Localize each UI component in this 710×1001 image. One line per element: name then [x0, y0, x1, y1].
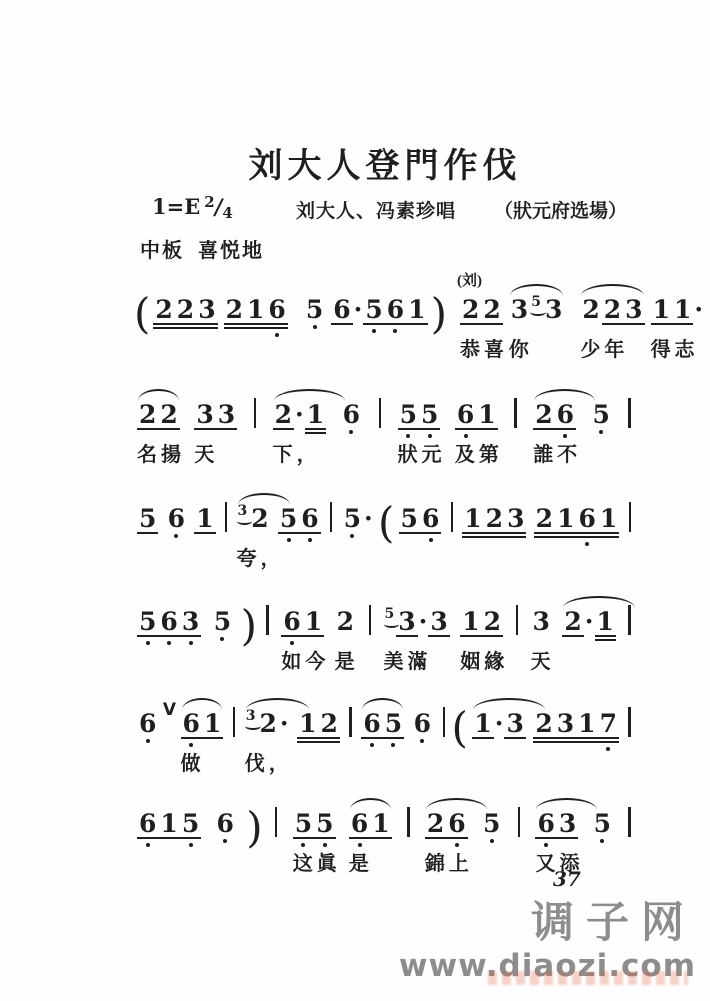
underline — [533, 737, 554, 739]
note: 2 — [482, 609, 503, 634]
close-paren: ) — [431, 298, 447, 330]
close-paren: ) — [241, 610, 257, 642]
note-group: 3天 — [530, 609, 553, 634]
barline — [407, 807, 410, 837]
note: 6 — [412, 711, 433, 736]
note: 2 — [484, 506, 505, 531]
lyric: 是 — [349, 847, 373, 876]
note: 6 — [331, 297, 352, 322]
underline — [266, 327, 287, 329]
underline — [305, 432, 326, 434]
underline — [398, 428, 419, 430]
underline — [194, 532, 215, 534]
underline — [472, 737, 493, 739]
note: 2 — [158, 402, 179, 427]
note: 6 — [281, 609, 302, 634]
underline — [555, 741, 576, 743]
lyric: 如今 — [281, 645, 329, 674]
lyric: 天 — [194, 438, 218, 467]
note-group: 5 — [590, 402, 613, 427]
octave-dot — [600, 839, 604, 843]
underline — [602, 323, 623, 325]
barline — [349, 707, 352, 737]
note-group: 2·1下， — [272, 402, 328, 427]
underline — [533, 741, 554, 743]
underline — [399, 532, 420, 534]
lyric: 誰不 — [533, 438, 581, 467]
note-group: 615 — [136, 811, 202, 836]
note: 3 — [504, 711, 525, 736]
note-group: 5 — [591, 811, 614, 836]
notation-row: 5635)61如今2是53·3美滿12姻緣3天2·1 — [134, 600, 636, 634]
note: 5 — [342, 506, 363, 531]
dot-after: · — [694, 297, 703, 322]
note: 3 — [216, 402, 237, 427]
note: 3 — [196, 297, 217, 322]
underline — [278, 532, 299, 534]
notation-row: (22321656·561)(刘)22恭喜353你223少年11·得志 — [134, 288, 636, 322]
underline — [576, 737, 597, 739]
meter-denominator: 4 — [222, 204, 232, 222]
note-group: 6 — [165, 506, 188, 531]
underline — [555, 532, 576, 534]
underline — [175, 327, 196, 329]
lyric: 美滿 — [384, 645, 432, 674]
lyric: 得志 — [651, 333, 699, 362]
barline — [254, 398, 257, 428]
music-system: (22321656·561)(刘)22恭喜353你223少年11·得志 — [134, 288, 636, 360]
underline — [623, 323, 644, 325]
underline — [314, 837, 335, 839]
note-group: 32夸， — [236, 506, 272, 531]
note-group: 2317 — [532, 711, 620, 736]
note: 1 — [245, 297, 266, 322]
underline — [363, 323, 384, 325]
underline — [651, 323, 672, 325]
note: 1 — [303, 609, 324, 634]
underline — [224, 323, 245, 325]
sheet-page: 刘大人登門作伐 1=E2/4 刘大人、冯素珍唱 （狀元府选場） 中板喜悦地 (2… — [0, 0, 710, 1001]
note-group: 22名揚 — [136, 402, 181, 427]
lyric: 下， — [273, 438, 321, 467]
faint-red-overlay — [488, 971, 688, 985]
underline — [331, 323, 352, 325]
underline — [137, 837, 158, 839]
open-paren: ( — [451, 712, 467, 744]
underline — [281, 635, 302, 637]
note: 5 — [137, 609, 158, 634]
barline — [379, 398, 382, 428]
open-paren: ( — [378, 507, 394, 539]
note-group: 6 — [136, 711, 159, 736]
barline — [330, 502, 333, 532]
octave-dot — [220, 637, 224, 641]
grace-note: 3 — [238, 503, 248, 519]
dot-after: · — [364, 506, 373, 531]
note: 1 — [472, 711, 493, 736]
note-group: 2161 — [533, 506, 621, 531]
note: 6 — [158, 609, 179, 634]
underline — [595, 639, 616, 641]
note: 2 — [534, 506, 555, 531]
note: 5 — [591, 402, 612, 427]
octave-dot — [370, 743, 374, 747]
barline — [514, 398, 517, 428]
note: 3 — [555, 711, 576, 736]
underline — [245, 323, 266, 325]
note: 6 — [349, 811, 370, 836]
underline — [319, 741, 340, 743]
octave-dot — [146, 641, 150, 645]
dot-after: · — [280, 711, 289, 736]
note: 5 — [304, 297, 325, 322]
dot-after: · — [495, 711, 504, 736]
underline — [137, 428, 158, 430]
breath-mark: V — [163, 700, 176, 720]
note: 2 — [175, 297, 196, 322]
note: 3 — [428, 609, 449, 634]
note-group: (刘)22恭喜 — [459, 297, 504, 322]
underline — [196, 327, 217, 329]
note: 3 — [543, 297, 564, 322]
octave-dot — [393, 329, 397, 333]
octave-dot — [223, 839, 227, 843]
note: 6 — [420, 506, 441, 531]
underline — [297, 741, 318, 743]
dot-after: · — [419, 609, 428, 634]
barline — [628, 707, 631, 737]
lyric: 你 — [509, 333, 533, 362]
lyric: 伐， — [245, 747, 293, 776]
underline — [428, 635, 449, 637]
note: 6 — [446, 811, 467, 836]
underline — [462, 532, 483, 534]
underline — [476, 428, 497, 430]
octave-dot — [372, 329, 376, 333]
note-group: 32·伐， — [244, 711, 291, 736]
note-group: 123 — [461, 506, 527, 531]
barline — [628, 605, 631, 635]
dot-after: · — [295, 402, 304, 427]
note: 6 — [137, 711, 158, 736]
underline — [202, 737, 223, 739]
underline — [420, 532, 441, 534]
underline — [137, 635, 158, 637]
underline — [216, 428, 237, 430]
underline — [535, 837, 556, 839]
note-group: 61是 — [348, 811, 393, 836]
underline — [484, 536, 505, 538]
note: 2 — [481, 297, 502, 322]
underline — [534, 536, 555, 538]
note-group: 56 — [277, 506, 322, 531]
lyric: 姻緣 — [460, 645, 508, 674]
underline — [598, 737, 619, 739]
underline — [137, 532, 158, 534]
notation-row: 6V61做32·伐，12656(1·32317 — [134, 702, 636, 736]
underline — [319, 737, 340, 739]
page-title: 刘大人登門作伐 — [150, 138, 620, 187]
octave-dot — [313, 325, 317, 329]
note: 1 — [476, 402, 497, 427]
note-group: 5 — [211, 609, 234, 634]
octave-dot — [167, 641, 171, 645]
note: 2 — [533, 711, 554, 736]
note: 2 — [602, 297, 623, 322]
lyric: 及第 — [455, 438, 503, 467]
notation-row: 22名揚33天2·1下，655狀元61及第26誰不5 — [134, 393, 636, 427]
note: 6 — [361, 711, 382, 736]
octave-dot — [275, 333, 279, 337]
lyric: 做 — [181, 747, 205, 776]
note: 6 — [455, 402, 476, 427]
underline — [383, 737, 404, 739]
note: 5 — [180, 811, 201, 836]
underline — [555, 737, 576, 739]
close-paren: ) — [246, 812, 262, 844]
music-system: 56132夸，565·(561232161 — [134, 497, 636, 569]
note-group: 216 — [223, 297, 289, 322]
note-group: 33天 — [193, 402, 238, 427]
note: 3 — [396, 609, 417, 634]
lyric: 錦上 — [425, 847, 473, 876]
octave-dot — [420, 739, 424, 743]
underline — [349, 837, 370, 839]
grace-note: 3 — [246, 708, 256, 724]
underline — [158, 837, 179, 839]
note: 2 — [319, 711, 340, 736]
underline — [555, 536, 576, 538]
note-group: 12姻緣 — [459, 609, 504, 634]
underline — [462, 536, 483, 538]
underline — [598, 741, 619, 743]
octave-dot — [599, 430, 603, 434]
underline — [505, 536, 526, 538]
underline — [293, 837, 314, 839]
barline — [443, 707, 446, 737]
barline — [628, 398, 631, 428]
octave-dot — [490, 839, 494, 843]
underline — [482, 635, 503, 637]
underline — [385, 323, 406, 325]
underline — [481, 323, 502, 325]
note: 2 — [249, 506, 270, 531]
barline — [629, 502, 632, 532]
barline — [225, 502, 228, 532]
note: 5 — [314, 811, 335, 836]
octave-dot — [189, 843, 193, 847]
underline — [303, 635, 324, 637]
note: 2 — [425, 811, 446, 836]
note: 1 — [576, 711, 597, 736]
note-group: 55狀元 — [397, 402, 442, 427]
note: 1 — [460, 609, 481, 634]
lyric: 恭喜 — [460, 333, 508, 362]
note: 1 — [194, 506, 215, 531]
underline — [460, 635, 481, 637]
note-group: 223 — [152, 297, 218, 322]
underline — [370, 837, 391, 839]
note: 6 — [299, 506, 320, 531]
underline — [557, 837, 578, 839]
octave-dot — [349, 430, 353, 434]
underline — [299, 532, 320, 534]
note: 1 — [651, 297, 672, 322]
note: 2 — [258, 711, 279, 736]
note: 2 — [580, 297, 601, 322]
note: 6 — [385, 297, 406, 322]
underline — [297, 737, 318, 739]
note: 2 — [533, 402, 554, 427]
note-group: 26錦上 — [424, 811, 469, 836]
lyric: 名揚 — [137, 438, 185, 467]
tempo-line: 中板喜悦地 — [140, 234, 264, 263]
octave-dot — [287, 538, 291, 542]
note: 5 — [293, 811, 314, 836]
underline — [504, 737, 525, 739]
meter-numerator: 2 — [204, 193, 214, 211]
underline — [158, 635, 179, 637]
barline — [518, 807, 521, 837]
barline — [233, 707, 236, 737]
note: 5 — [398, 402, 419, 427]
underline — [562, 635, 583, 637]
octave-dot — [391, 743, 395, 747]
note: 5 — [419, 402, 440, 427]
note: 5 — [137, 506, 158, 531]
lyric: 少年 — [580, 333, 628, 362]
note: 1 — [672, 297, 693, 322]
note-group: 5 — [136, 506, 159, 531]
underline — [598, 536, 619, 538]
barline — [628, 807, 631, 837]
note-group: 2是 — [334, 609, 357, 634]
open-paren: ( — [134, 298, 150, 330]
note: 3 — [505, 506, 526, 531]
barline — [275, 807, 278, 837]
octave-dot — [146, 739, 150, 743]
time-signature: 2/4 — [204, 193, 233, 222]
lyric: 是 — [335, 645, 359, 674]
underline — [175, 323, 196, 325]
underline — [555, 428, 576, 430]
note-group: 223少年 — [579, 297, 645, 322]
underline — [273, 428, 294, 430]
note-group: 2·1 — [561, 609, 617, 634]
underline — [396, 635, 417, 637]
underline — [505, 532, 526, 534]
note-group: 11·得志 — [650, 297, 706, 322]
note: 5 — [399, 506, 420, 531]
note: 1 — [595, 609, 616, 634]
underline — [305, 428, 326, 430]
octave-dot — [308, 538, 312, 542]
note: 2 — [460, 297, 481, 322]
underline — [194, 428, 215, 430]
notation-row: 56132夸，565·(561232161 — [134, 497, 636, 531]
key-label: 1=E — [152, 194, 200, 219]
octave-dot — [350, 534, 354, 538]
note: 1 — [305, 402, 326, 427]
note: 3 — [509, 297, 530, 322]
note: 1 — [598, 506, 619, 531]
note: 6 — [266, 297, 287, 322]
speaker-mark: (刘) — [457, 269, 482, 290]
music-system: 6V61做32·伐，12656(1·32317 — [134, 702, 636, 774]
underline — [153, 323, 174, 325]
underline — [361, 737, 382, 739]
note: 6 — [137, 811, 158, 836]
note-group: 56 — [398, 506, 443, 531]
note: 2 — [562, 609, 583, 634]
note: 3 — [623, 297, 644, 322]
octave-dot — [585, 542, 589, 546]
underline — [672, 323, 693, 325]
note-group: 61如今 — [280, 609, 325, 634]
octave-dot — [174, 534, 178, 538]
note: 6 — [166, 506, 187, 531]
note: 6 — [535, 811, 556, 836]
underline — [455, 428, 476, 430]
note-group: 26誰不 — [532, 402, 577, 427]
note: 5 — [278, 506, 299, 531]
note-group: 61及第 — [454, 402, 499, 427]
note-group: 61做 — [180, 711, 225, 736]
note-group: 5· — [341, 506, 375, 531]
note-group: 6 — [411, 711, 434, 736]
note: 2 — [273, 402, 294, 427]
underline — [598, 532, 619, 534]
note-group: 353你 — [508, 297, 566, 322]
note: 6 — [555, 402, 576, 427]
note: 3 — [180, 609, 201, 634]
barline — [266, 605, 269, 635]
note: 6 — [576, 506, 597, 531]
underline — [419, 428, 440, 430]
barline — [451, 502, 454, 532]
octave-dot — [606, 747, 610, 751]
note: 1 — [202, 711, 223, 736]
watermark: 调子网 www.diaozi.com — [399, 901, 696, 983]
dot-after: · — [585, 609, 594, 634]
barline — [516, 605, 519, 635]
note: 3 — [531, 609, 552, 634]
note-group: 563 — [136, 609, 202, 634]
note-group: 63又添 — [534, 811, 579, 836]
underline — [576, 536, 597, 538]
lyric: 夸， — [237, 542, 285, 571]
octave-dot — [146, 843, 150, 847]
underline — [245, 327, 266, 329]
underline — [533, 428, 554, 430]
note-group: 1 — [193, 506, 216, 531]
page-number: 37 — [553, 867, 581, 891]
note: 2 — [137, 402, 158, 427]
underline — [266, 323, 287, 325]
note: 5 — [212, 609, 233, 634]
note: 5 — [383, 711, 404, 736]
note: 3 — [557, 811, 578, 836]
underline — [460, 323, 481, 325]
note-group: 5 — [303, 297, 326, 322]
music-system: 6156)55这眞61是26錦上563又添5 — [134, 802, 636, 874]
note: 2 — [335, 609, 356, 634]
note-group: 1·3 — [471, 711, 527, 736]
performers-label: 刘大人、冯素珍唱 — [296, 196, 456, 223]
note-group: 55这眞 — [292, 811, 337, 836]
lyric: 狀元 — [398, 438, 446, 467]
notation-row: 6156)55这眞61是26錦上563又添5 — [134, 802, 636, 836]
